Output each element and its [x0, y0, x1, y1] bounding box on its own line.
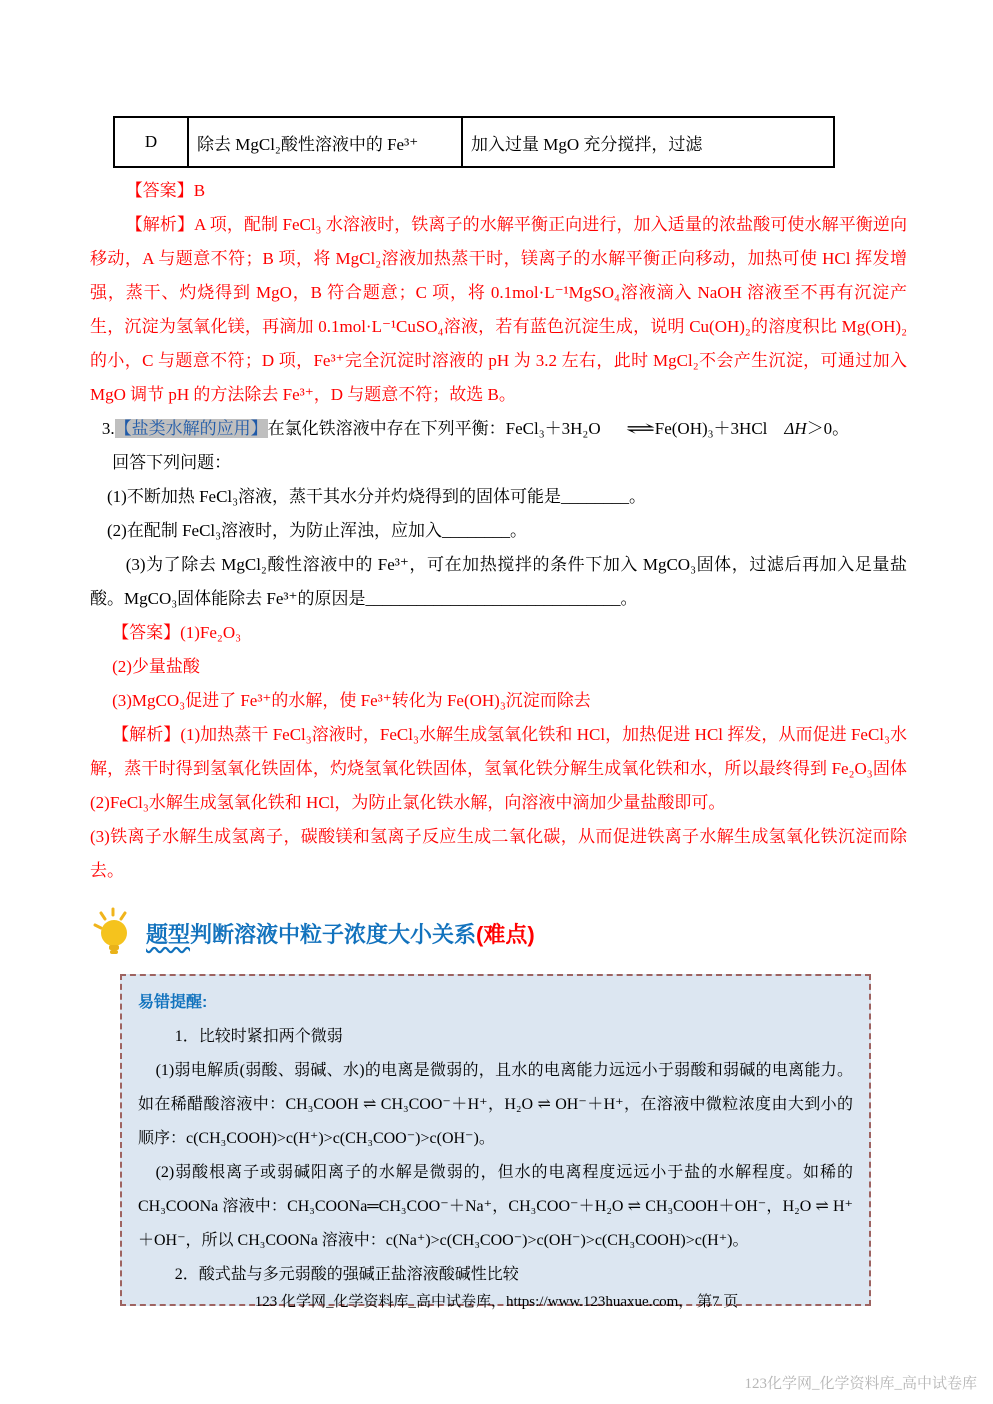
q3-prompt: 回答下列问题：: [90, 446, 907, 480]
answer-1: (1)Fe₂O₃: [180, 623, 241, 642]
page-footer: 123 化学网_化学资料库_高中试卷库，https://www.123huaxu…: [0, 1290, 993, 1311]
analysis-text-1: (1)加热蒸干 FeCl₃溶液时，FeCl₃水解生成氢氧化铁和 HCl，加热促进…: [90, 725, 907, 812]
analysis-text: A 项，配制 FeCl₃ 水溶液时，铁离子的水解平衡正向进行，加入适量的浓盐酸可…: [90, 215, 907, 404]
equilibrium-arrow: ⇌: [600, 412, 655, 446]
delta-h: ΔH: [784, 419, 806, 438]
q2-answer-line: 【答案】B: [90, 174, 907, 208]
q3-subquestion-3: (3)为了除去 MgCl₂酸性溶液中的 Fe³⁺，可在加热搅拌的条件下加入 Mg…: [90, 548, 907, 616]
q3-subquestion-2: (2)在配制 FeCl₃溶液时，为防止浑浊，应加入________。: [90, 514, 907, 548]
table-cell-option: D: [114, 117, 188, 167]
q3-stem: 3.【盐类水解的应用】在氯化铁溶液中存在下列平衡：FeCl₃＋3H₂O⇌Fe(O…: [90, 412, 907, 446]
stem-text-2: Fe(OH)₃＋3HCl: [655, 419, 785, 438]
q3-subquestion-1: (1)不断加热 FeCl₃溶液，蒸干其水分并灼烧得到的固体可能是________…: [90, 480, 907, 514]
tip-paragraph-2: (2)弱酸根离子或弱碱阳离子的水解是微弱的，但水的电离程度远远小于盐的水解程度。…: [138, 1156, 853, 1258]
tip-paragraph-1: (1)弱电解质(弱酸、弱碱、水)的电离是微弱的，且水的电离能力远远小于弱酸和弱碱…: [138, 1054, 853, 1156]
question-number: 3.: [102, 419, 115, 438]
tip-item-2: 2．酸式盐与多元弱酸的强碱正盐溶液酸碱性比较: [138, 1258, 853, 1292]
section-header: 题型判断溶液中粒子浓度大小关系(难点): [90, 906, 907, 960]
lightbulb-icon: [90, 907, 138, 959]
stem-text: 在氯化铁溶液中存在下列平衡：FeCl₃＋3H₂O: [268, 419, 601, 438]
table-cell-method: 加入过量 MgO 充分搅拌，过滤: [462, 117, 834, 167]
q3-analysis-paragraph-1: 【解析】(1)加热蒸干 FeCl₃溶液时，FeCl₃水解生成氢氧化铁和 HCl，…: [90, 718, 907, 820]
document-page: D 除去 MgCl₂酸性溶液中的 Fe³⁺ 加入过量 MgO 充分搅拌，过滤 【…: [0, 0, 993, 1404]
delta-h-value: ＞0。: [807, 419, 850, 438]
section-title: 题型判断溶液中粒子浓度大小关系(难点): [146, 918, 535, 949]
difficulty-tag: (难点): [476, 922, 535, 947]
question-topic-tag: 【盐类水解的应用】: [115, 419, 268, 438]
question-table: D 除去 MgCl₂酸性溶液中的 Fe³⁺ 加入过量 MgO 充分搅拌，过滤: [113, 116, 835, 168]
answer-value: B: [194, 181, 205, 200]
analysis-label: 【解析】: [126, 215, 194, 234]
q3-answer-item-1: 【答案】(1)Fe₂O₃: [90, 616, 907, 650]
tip-item-1: 1．比较时紧扣两个微弱: [138, 1020, 853, 1054]
answer-label: 【答案】: [112, 623, 180, 642]
q2-analysis-paragraph: 【解析】A 项，配制 FeCl₃ 水溶液时，铁离子的水解平衡正向进行，加入适量的…: [90, 208, 907, 412]
q3-answer-item-2: (2)少量盐酸: [90, 650, 907, 684]
tip-box: 易错提醒: 1．比较时紧扣两个微弱 (1)弱电解质(弱酸、弱碱、水)的电离是微弱…: [120, 974, 871, 1306]
answer-label: 【答案】: [126, 181, 194, 200]
table-cell-goal: 除去 MgCl₂酸性溶液中的 Fe³⁺: [188, 117, 462, 167]
section-title-wavy: 题型: [146, 922, 190, 947]
document-content: D 除去 MgCl₂酸性溶液中的 Fe³⁺ 加入过量 MgO 充分搅拌，过滤 【…: [90, 116, 907, 1306]
section-title-rest: 判断溶液中粒子浓度大小关系: [190, 922, 476, 947]
q3-analysis-paragraph-2: (3)铁离子水解生成氢离子，碳酸镁和氢离子反应生成二氧化碳，从而促进铁离子水解生…: [90, 820, 907, 888]
tip-box-title: 易错提醒:: [138, 986, 853, 1020]
table-row: D 除去 MgCl₂酸性溶液中的 Fe³⁺ 加入过量 MgO 充分搅拌，过滤: [114, 117, 834, 167]
watermark: 123化学网_化学资料库_高中试卷库: [744, 1372, 977, 1393]
q3-answer-item-3: (3)MgCO₃促进了 Fe³⁺的水解，使 Fe³⁺转化为 Fe(OH)₃沉淀而…: [90, 684, 907, 718]
analysis-label: 【解析】: [112, 725, 180, 744]
